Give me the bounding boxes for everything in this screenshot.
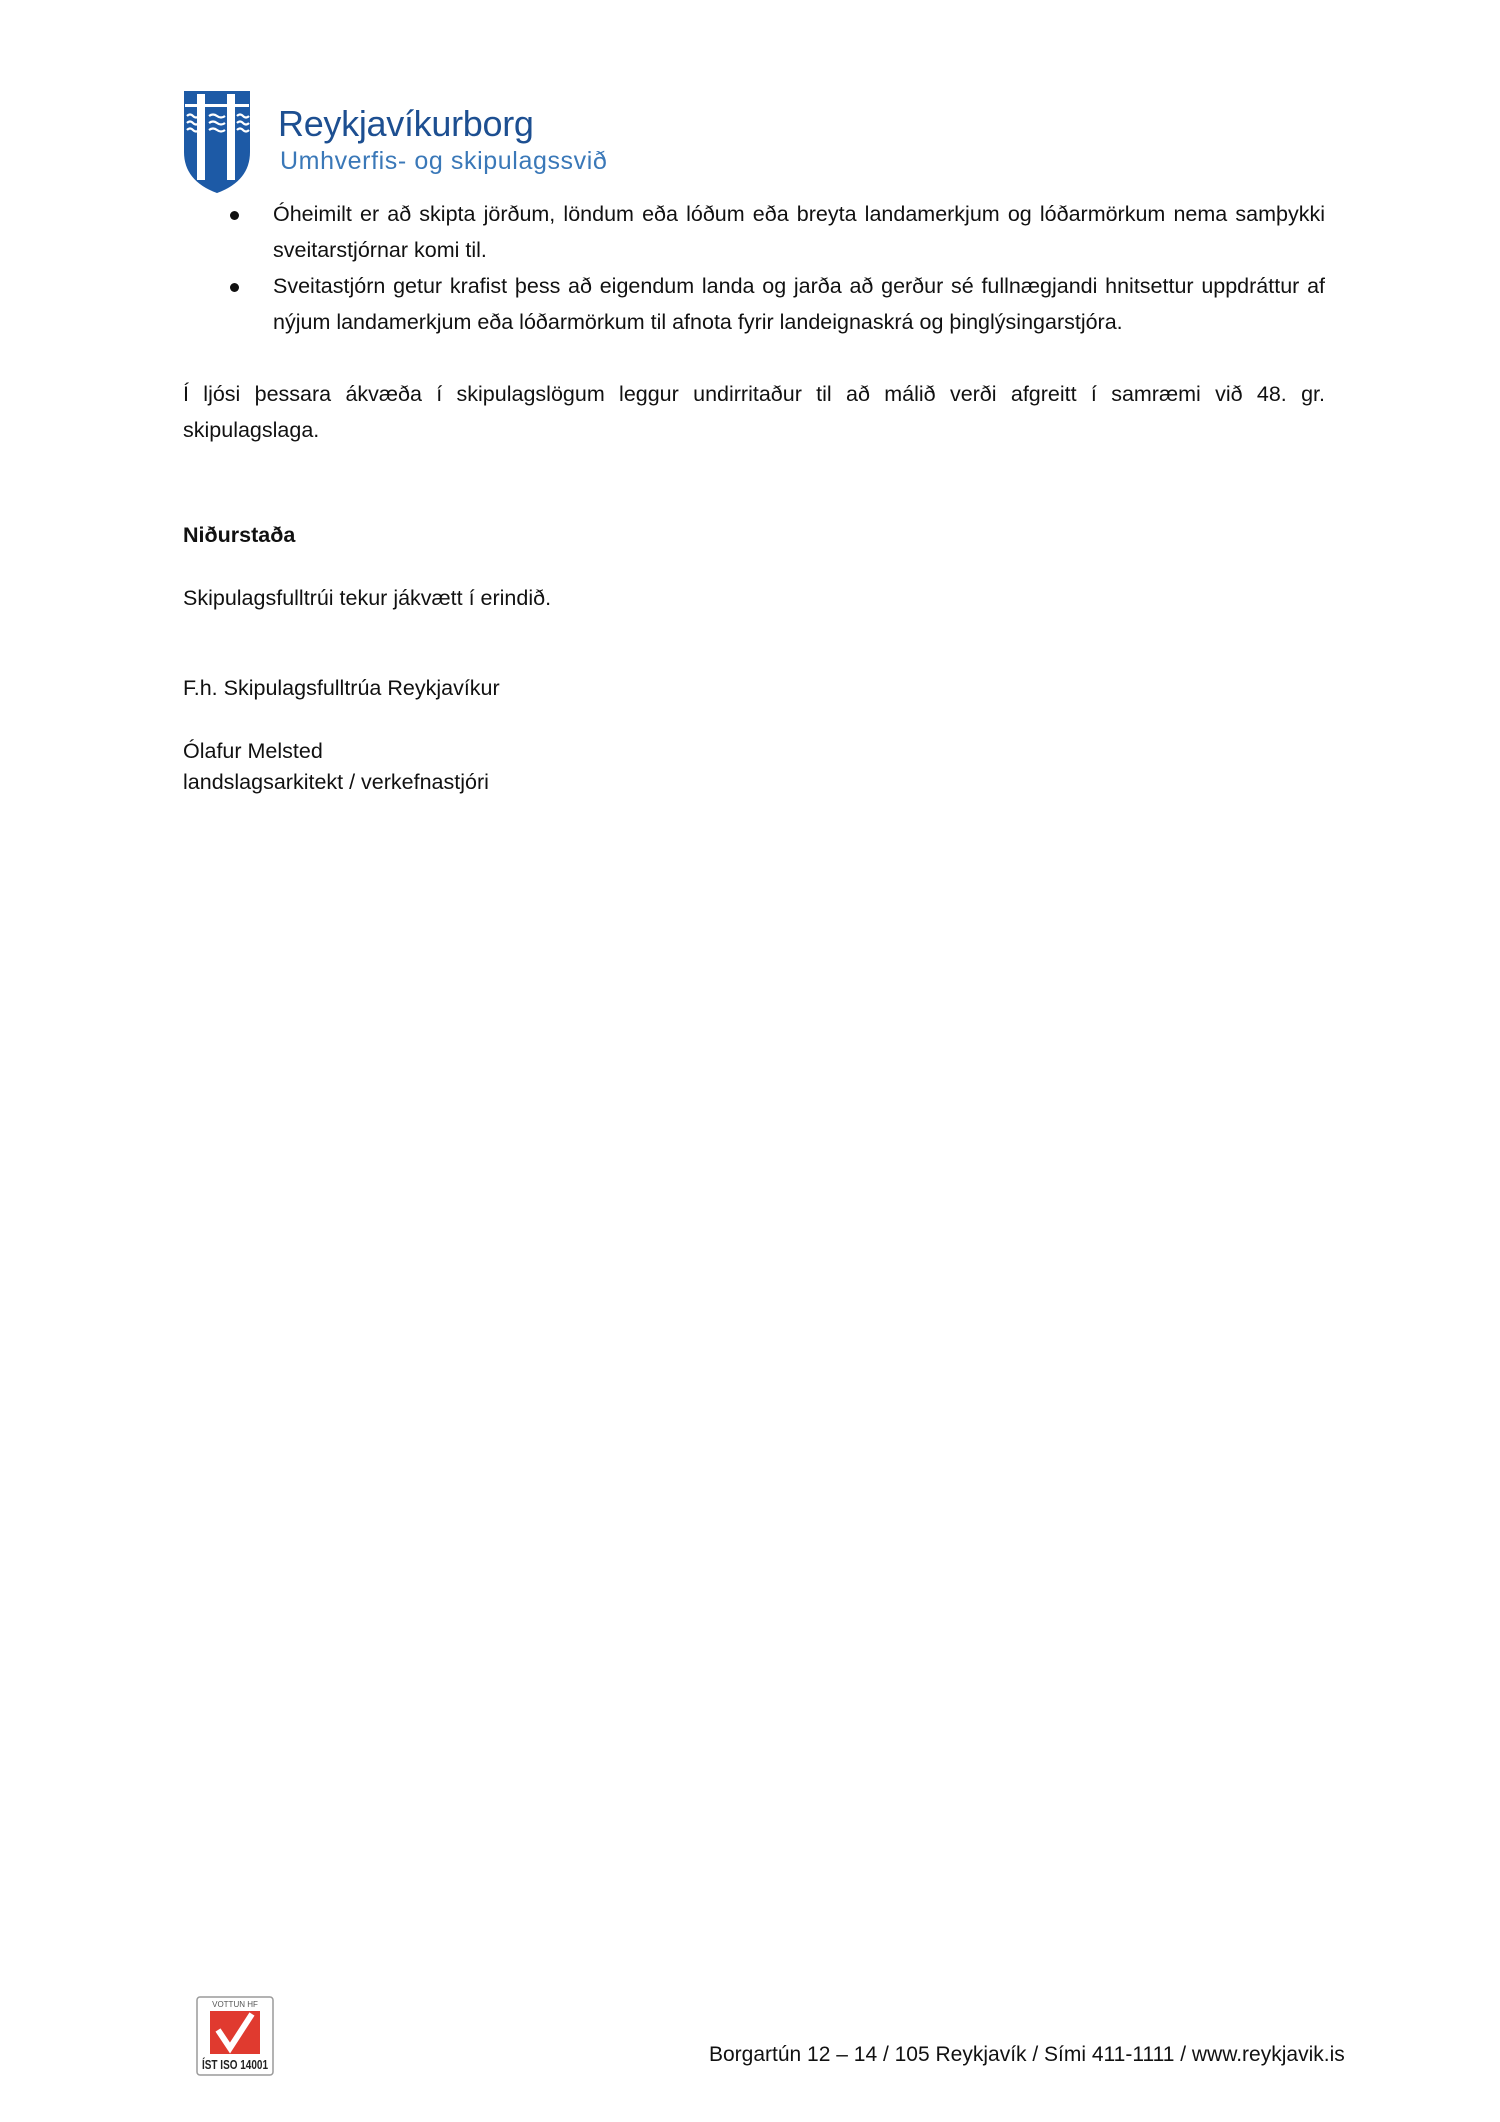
bullet-text: Óheimilt er að skipta jörðum, löndum eða… xyxy=(273,202,1325,262)
signer-title: landslagsarkitekt / verkefnastjóri xyxy=(183,766,489,798)
recommendation-paragraph: Í ljósi þessara ákvæða í skipulagslögum … xyxy=(183,376,1325,448)
coat-of-arms-shield-icon xyxy=(183,90,251,194)
logo-title: Reykjavíkurborg xyxy=(278,104,534,144)
bullet-icon xyxy=(230,283,239,292)
conclusion-text: Skipulagsfulltrúi tekur jákvætt í erindi… xyxy=(183,582,551,614)
bullet-icon xyxy=(230,211,239,220)
list-item: Sveitastjórn getur krafist þess að eigen… xyxy=(183,268,1325,340)
bullet-text: Sveitastjórn getur krafist þess að eigen… xyxy=(273,274,1325,334)
logo-subtitle: Umhverfis- og skipulagssvið xyxy=(280,146,607,176)
badge-top-text: VOTTUN HF xyxy=(212,2000,258,2009)
badge-bottom-text: ÍST ISO 14001 xyxy=(202,2057,268,2072)
signer-name: Ólafur Melsted xyxy=(183,735,323,767)
footer-address: Borgartún 12 – 14 / 105 Reykjavík / Sími… xyxy=(709,2040,1345,2070)
iso-certification-badge: VOTTUN HF ÍST ISO 14001 xyxy=(196,1996,274,2076)
section-heading: Niðurstaða xyxy=(183,519,295,551)
list-item: Óheimilt er að skipta jörðum, löndum eða… xyxy=(183,196,1325,268)
signoff-text: F.h. Skipulagsfulltrúa Reykjavíkur xyxy=(183,672,500,704)
requirements-list: Óheimilt er að skipta jörðum, löndum eða… xyxy=(183,196,1325,340)
